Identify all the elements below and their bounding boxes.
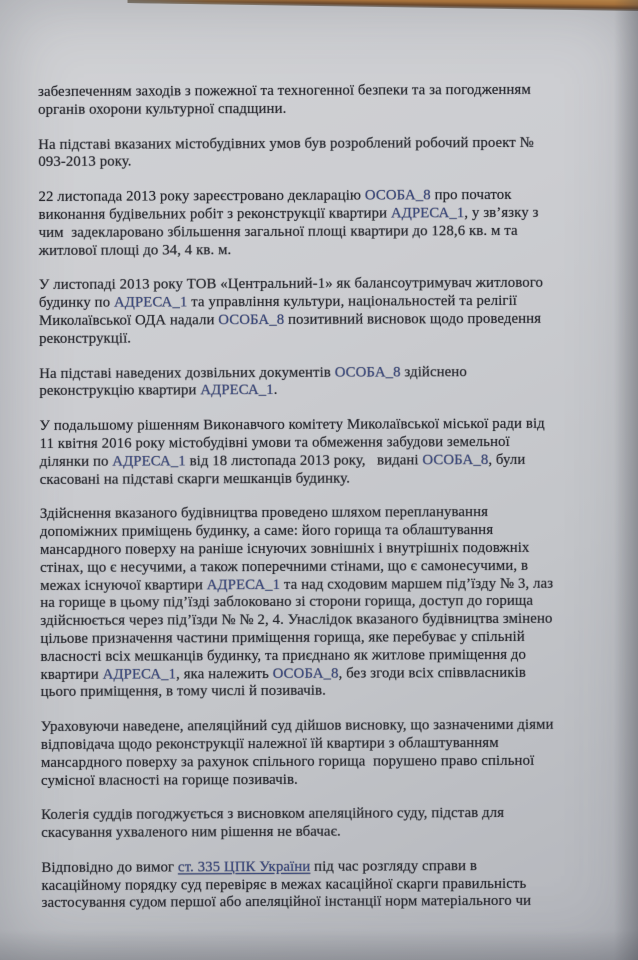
body-text: від 18 листопада 2013 року, видані — [186, 452, 423, 469]
paragraph: Відповідно до вимог ст. 335 ЦПК України … — [41, 857, 638, 913]
registry-link-text: ОСОБА_8 — [273, 665, 339, 681]
registry-link-text: ст. 335 ЦПК України — [178, 859, 310, 876]
registry-link-text: АДРЕСА_1 — [391, 205, 465, 221]
registry-link-text: ОСОБА_8 — [218, 312, 284, 328]
body-text: Відповідно до вимог — [41, 859, 178, 876]
paper-edge-shadow-right — [614, 0, 638, 960]
document-photo: забезпеченням заходів з пожежної та техн… — [0, 0, 638, 960]
registry-link-text: АДРЕСА_1 — [207, 576, 281, 592]
body-text: Колегія суддів погоджується з висновком … — [41, 805, 504, 841]
paragraph: На підставі вказаних містобудівних умов … — [38, 134, 638, 172]
body-text: 22 листопада 2013 року зареєстровано дек… — [38, 188, 364, 205]
paragraph: Ураховуючи наведене, апеляційний суд дій… — [41, 716, 638, 790]
paragraph: Колегія суддів погоджується з висновком … — [41, 805, 638, 843]
body-text: На підставі наведених дозвільних докумен… — [39, 364, 335, 381]
registry-link-text: АДРЕСА_1 — [114, 295, 188, 311]
body-text: . — [274, 382, 278, 398]
body-text: На підставі вказаних містобудівних умов … — [38, 134, 534, 170]
document-text: забезпеченням заходів з пожежної та техн… — [38, 81, 638, 930]
body-text: , яка належить — [176, 665, 273, 681]
registry-link-text: АДРЕСА_1 — [112, 453, 186, 469]
registry-link-text: АДРЕСА_1 — [200, 382, 274, 398]
paragraph: забезпеченням заходів з пожежної та техн… — [38, 81, 638, 119]
table-edge — [128, 0, 638, 12]
paragraph: У листопаді 2013 року ТОВ «Центральний-1… — [39, 275, 638, 349]
registry-link-text: АДРЕСА_1 — [103, 666, 177, 682]
registry-link-text: ОСОБА_8 — [422, 452, 488, 468]
registry-link-text: ОСОБА_8 — [335, 364, 401, 380]
body-text: забезпеченням заходів з пожежної та техн… — [38, 82, 531, 118]
paragraph: Здійснення вказаного будівництва проведе… — [40, 504, 638, 702]
paper-edge-shadow-bottom — [0, 930, 638, 960]
registry-link-text: ОСОБА_8 — [365, 187, 431, 203]
body-text: Ураховуючи наведене, апеляційний суд дій… — [41, 717, 554, 789]
paragraph: 22 листопада 2013 року зареєстровано дек… — [38, 187, 638, 261]
paragraph: У подальшому рішенням Виконавчого коміте… — [39, 416, 638, 490]
paragraph: На підставі наведених дозвільних докумен… — [39, 363, 638, 401]
